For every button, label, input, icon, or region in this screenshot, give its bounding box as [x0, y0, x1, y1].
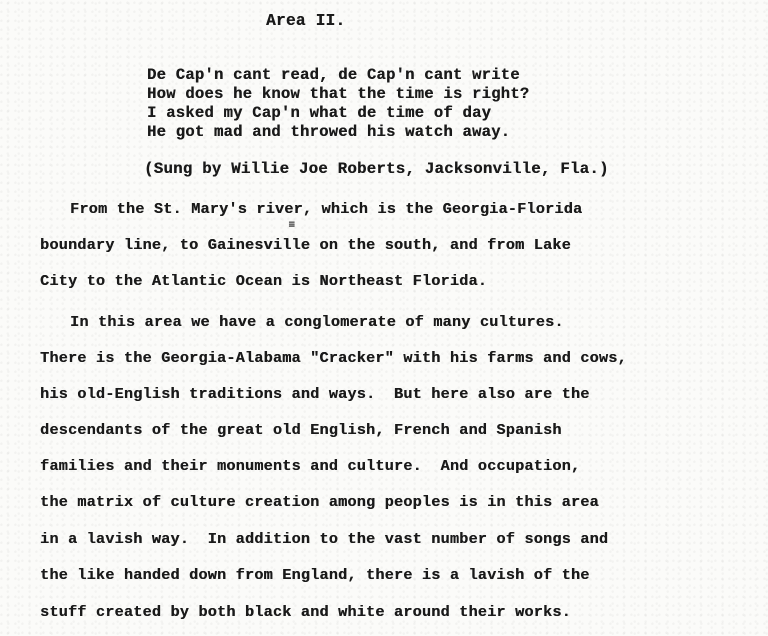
section-heading: Area II.: [266, 12, 345, 30]
verse-line: How does he know that the time is right?: [147, 85, 529, 103]
verse-line: De Cap'n cant read, de Cap'n cant write: [147, 66, 520, 84]
body-line: families and their monuments and culture…: [40, 457, 580, 475]
body-line: stuff created by both black and white ar…: [40, 603, 571, 621]
body-line: City to the Atlantic Ocean is Northeast …: [40, 272, 487, 290]
handwritten-edit-mark: ≡: [288, 220, 296, 230]
body-line: In this area we have a conglomerate of m…: [70, 313, 564, 331]
body-line: his old-English traditions and ways. But…: [40, 385, 590, 403]
body-line: in a lavish way. In addition to the vast…: [40, 530, 608, 548]
typewritten-page: Area II. De Cap'n cant read, de Cap'n ca…: [0, 0, 768, 636]
body-line: From the St. Mary's river, which is the …: [70, 200, 582, 218]
body-line: There is the Georgia-Alabama "Cracker" w…: [40, 349, 627, 367]
body-line: boundary line, to Gainesville on the sou…: [40, 236, 571, 254]
body-line: descendants of the great old English, Fr…: [40, 421, 562, 439]
body-line: the like handed down from England, there…: [40, 566, 590, 584]
body-line: the matrix of culture creation among peo…: [40, 493, 599, 511]
verse-line: I asked my Cap'n what de time of day: [147, 104, 491, 122]
verse-attribution: (Sung by Willie Joe Roberts, Jacksonvill…: [144, 160, 609, 178]
verse-line: He got mad and throwed his watch away.: [147, 123, 510, 141]
